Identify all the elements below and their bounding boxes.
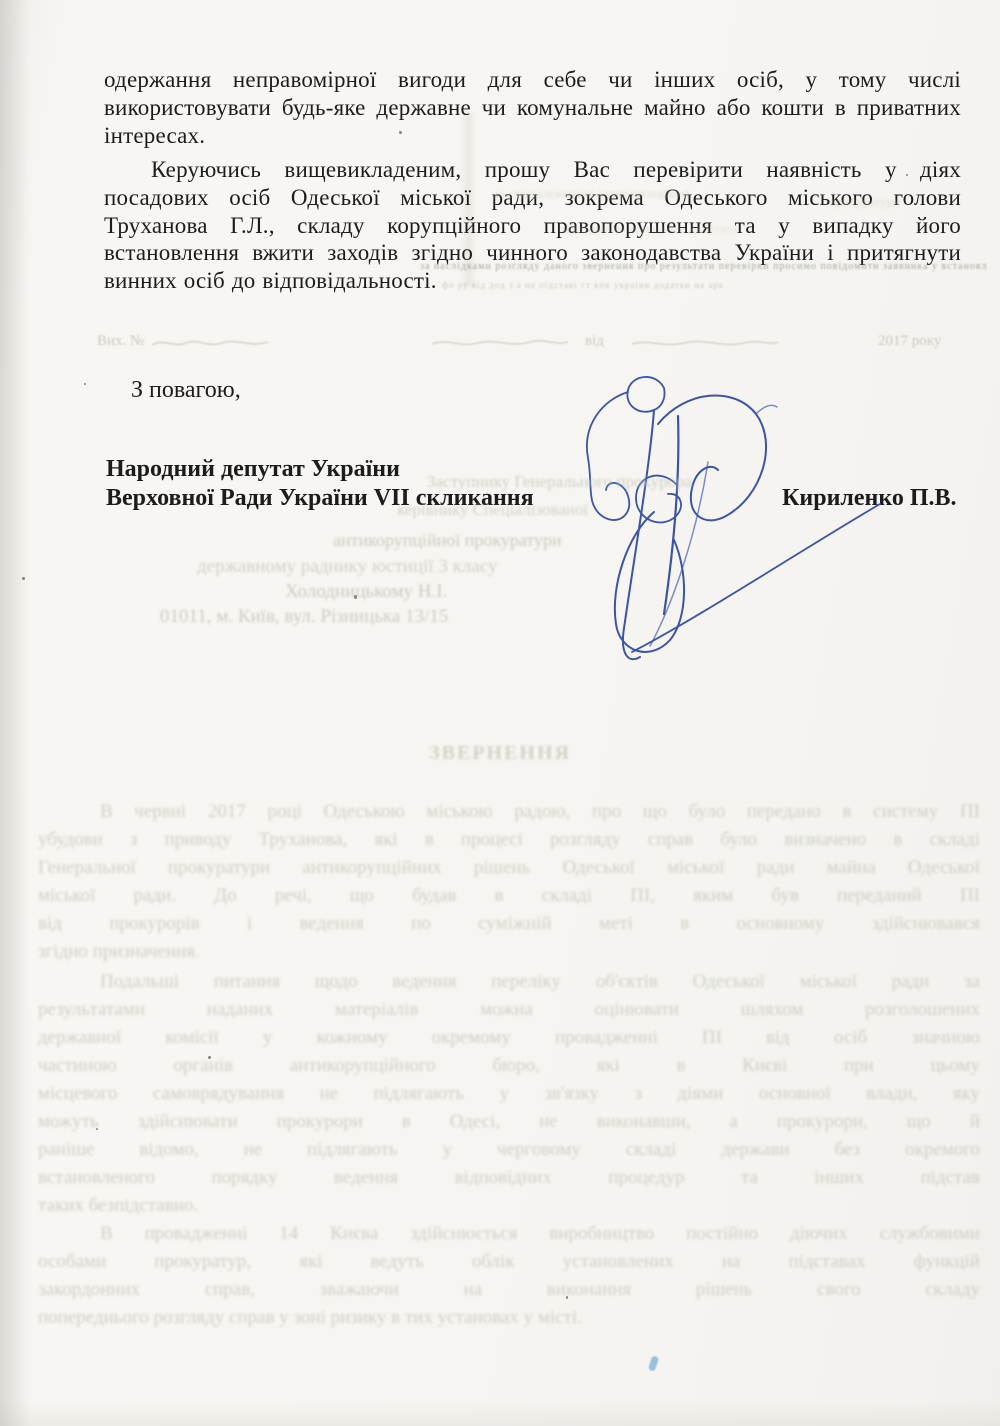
bleedthrough-fragment: прокуратури: [830, 194, 900, 210]
body-line: інтересах.: [104, 122, 961, 150]
bleedthrough-line: Генеральної прокуратури антикорупційних …: [38, 854, 980, 882]
bleedthrough-addressee-line: Заступнику Генерального прокурора: [427, 472, 692, 492]
bleedthrough-line: убудови з приводу Труханова, які в проце…: [38, 826, 980, 854]
body-line: одержання неправомірної вигоди для себе …: [104, 66, 961, 94]
bleedthrough-line: особами прокуратур, які ведуть облік уст…: [38, 1248, 980, 1276]
bleedthrough-heading: ЗВЕРНЕННЯ: [410, 742, 590, 765]
bleedthrough-line: Подальші питання щодо ведення переліку о…: [38, 968, 980, 996]
scanned-letter-page: одержання неправомірної вигоди для себе …: [0, 0, 1000, 1426]
bleedthrough-line: міської ради. До речі, що будав в складі…: [38, 882, 980, 910]
scan-edge-shadow-left: [0, 0, 30, 1426]
bleedthrough-addressee-line: антикорупційної прокуратури: [333, 530, 562, 551]
scan-edge-shadow-bottom: [0, 1400, 1000, 1426]
bleedthrough-line: від прокурорів і ведення по суміжній мет…: [38, 910, 980, 938]
ink-speck: [906, 174, 908, 176]
closing-salutation: З повагою,: [131, 377, 241, 404]
bleedthrough-line: попереднього розгляду справ у зоні ризик…: [38, 1304, 980, 1332]
bleedthrough-line: встановленого порядку ведення відповідни…: [38, 1164, 980, 1192]
bleedthrough-line: державної комісії у кожному окремому про…: [38, 1024, 980, 1052]
bleedthrough-addressee-line: Холодницькому Н.І.: [285, 581, 447, 603]
bleedthrough-line: результатами наданих матеріалів можна оц…: [38, 996, 980, 1024]
reference-year: 2017 року: [878, 333, 941, 350]
ink-speck: [354, 595, 357, 599]
handwritten-squiggle: [430, 336, 570, 350]
bleedthrough-paragraph: В провадженні 14 Києва здійснюється виро…: [38, 1220, 980, 1332]
bleedthrough-line: В червні 2017 році Одеською міською радо…: [38, 798, 980, 826]
signature-ink: [558, 366, 988, 676]
bleedthrough-fragment: до спеціалізованої антикорупційної: [492, 186, 689, 202]
bleedthrough-addressee-line: керівнику Спеціалізованої: [397, 500, 588, 520]
bleedthrough-smudge-line: фо ру від дод з а на підставі ст кпк укр…: [442, 280, 972, 290]
blue-ink-mark: [648, 1355, 659, 1371]
ink-speck: [84, 383, 86, 385]
bleedthrough-line: закордонних справ, зважаючи на виконання…: [38, 1276, 980, 1304]
reference-number-label: Вих. №: [97, 333, 144, 350]
bleedthrough-line: В провадженні 14 Києва здійснюється виро…: [38, 1220, 980, 1248]
bleedthrough-line: згідно призначення.: [38, 938, 980, 966]
body-line: Керуючись вищевикладеним, прошу Вас пере…: [104, 156, 961, 184]
bleedthrough-line: місцевого самоврядування не підлягають у…: [38, 1080, 980, 1108]
reference-date-word: від: [585, 333, 604, 350]
bleedthrough-line: таких безпідставно.: [38, 1192, 980, 1220]
bleedthrough-line: можуть здійснювати прокурори в Одесі, не…: [38, 1108, 980, 1136]
body-line: Труханова Г.Л., складу корупційного прав…: [104, 212, 961, 240]
bleedthrough-paragraph: В червні 2017 році Одеською міською радо…: [38, 798, 980, 966]
bleedthrough-addressee-line: державному раднику юстиції 3 класу: [197, 556, 498, 578]
bleedthrough-fragment: за підписом народного депутата: [560, 221, 738, 237]
bleedthrough-line: частиною органів антикорупційного бюро, …: [38, 1052, 980, 1080]
bleedthrough-smudge-line: за наслідками розгляду даного звернення …: [420, 261, 986, 272]
bleedthrough-paragraph: Подальші питання щодо ведення переліку о…: [38, 968, 980, 1220]
ink-speck: [208, 1056, 211, 1059]
bleedthrough-line: раніше відомо, не підлягають у черговому…: [38, 1136, 980, 1164]
ink-speck: [96, 1128, 98, 1130]
ink-speck: [399, 131, 402, 134]
ink-speck: [566, 1296, 568, 1299]
handwritten-squiggle: [630, 336, 780, 350]
ink-speck: [22, 577, 25, 580]
bleedthrough-addressee-line: 01011, м. Київ, вул. Різницька 13/15: [160, 606, 448, 628]
bleedthrough-reference-line: Вих. № від 2017 року: [0, 330, 1000, 356]
body-line: використовувати будь-яке державне чи ком…: [104, 94, 961, 122]
handwritten-squiggle: [150, 336, 270, 350]
